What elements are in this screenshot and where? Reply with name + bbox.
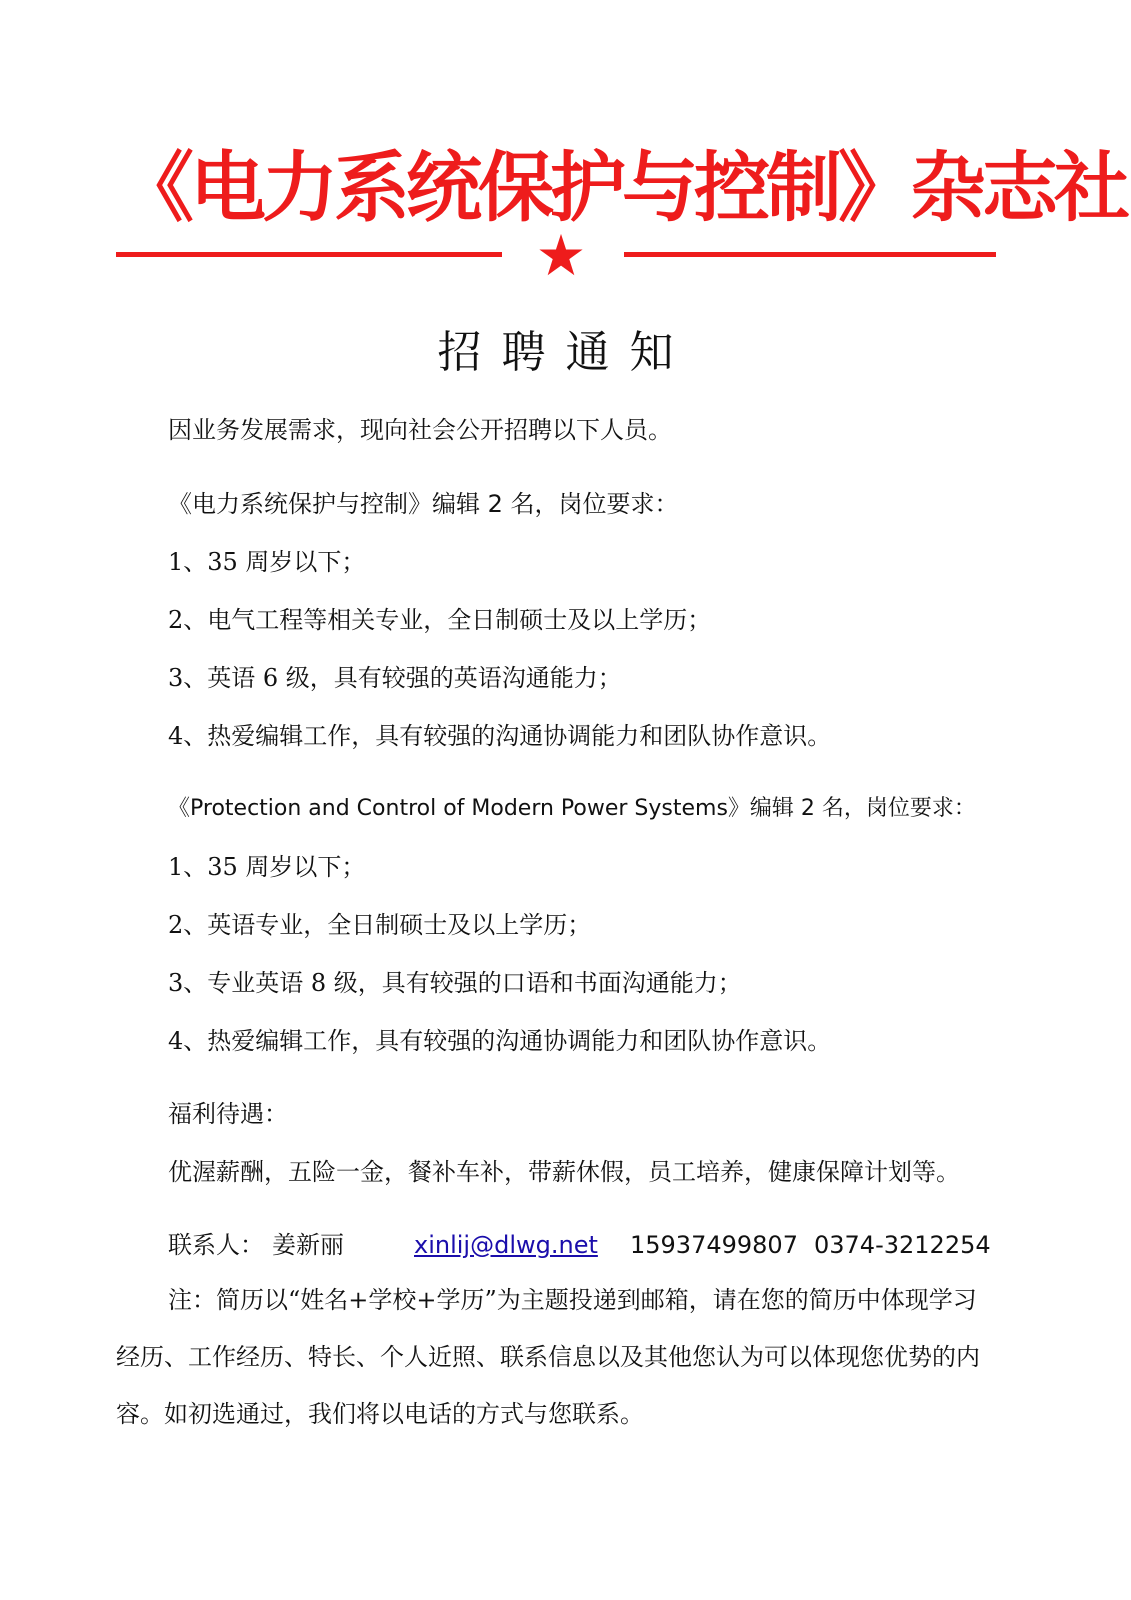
page-title: 招聘通知 (0, 316, 1131, 380)
star-icon (538, 232, 584, 278)
position-1-req-4: 4、热爱编辑工作，具有较强的沟通协调能力和团队协作意识。 (168, 720, 831, 752)
contact-mobile: 15937499807 (630, 1229, 798, 1261)
benefits-label: 福利待遇： (168, 1098, 288, 1130)
benefits-text: 优渥薪酬，五险一金，餐补车补，带薪休假，员工培养，健康保障计划等。 (168, 1156, 960, 1188)
contact-name: 姜新丽 (272, 1229, 344, 1261)
note-paragraph: 注：简历以“姓名+学校+学历”为主题投递到邮箱，请在您的简历中体现学习经历、工作… (116, 1272, 996, 1443)
masthead: 《电力系统保护与控制》杂志社 (118, 140, 1008, 236)
position-1-heading: 《电力系统保护与控制》编辑 2 名，岗位要求： (168, 488, 679, 520)
contact-email-link[interactable]: xinlij@dlwg.net (414, 1231, 598, 1259)
position-1-req-1: 1、35 周岁以下； (168, 546, 365, 578)
position-2-req-1: 1、35 周岁以下； (168, 851, 365, 883)
position-2-req-4: 4、热爱编辑工作，具有较强的沟通协调能力和团队协作意识。 (168, 1025, 831, 1057)
intro-text: 因业务发展需求，现向社会公开招聘以下人员。 (168, 414, 672, 446)
contact-label: 联系人： (168, 1229, 264, 1261)
position-2-heading: 《Protection and Control of Modern Power … (168, 793, 976, 825)
position-1-req-3: 3、英语 6 级，具有较强的英语沟通能力； (168, 662, 622, 694)
masthead-rule-right (624, 252, 996, 257)
contact-phone: 0374-3212254 (814, 1229, 991, 1261)
position-2-req-3: 3、专业英语 8 级，具有较强的口语和书面沟通能力； (168, 967, 742, 999)
position-2-req-2: 2、英语专业，全日制硕士及以上学历； (168, 909, 591, 941)
contact-row: 联系人： 姜新丽 xinlij@dlwg.net 15937499807 037… (168, 1229, 998, 1261)
masthead-rule-left (116, 252, 502, 257)
position-1-req-2: 2、电气工程等相关专业，全日制硕士及以上学历； (168, 604, 711, 636)
